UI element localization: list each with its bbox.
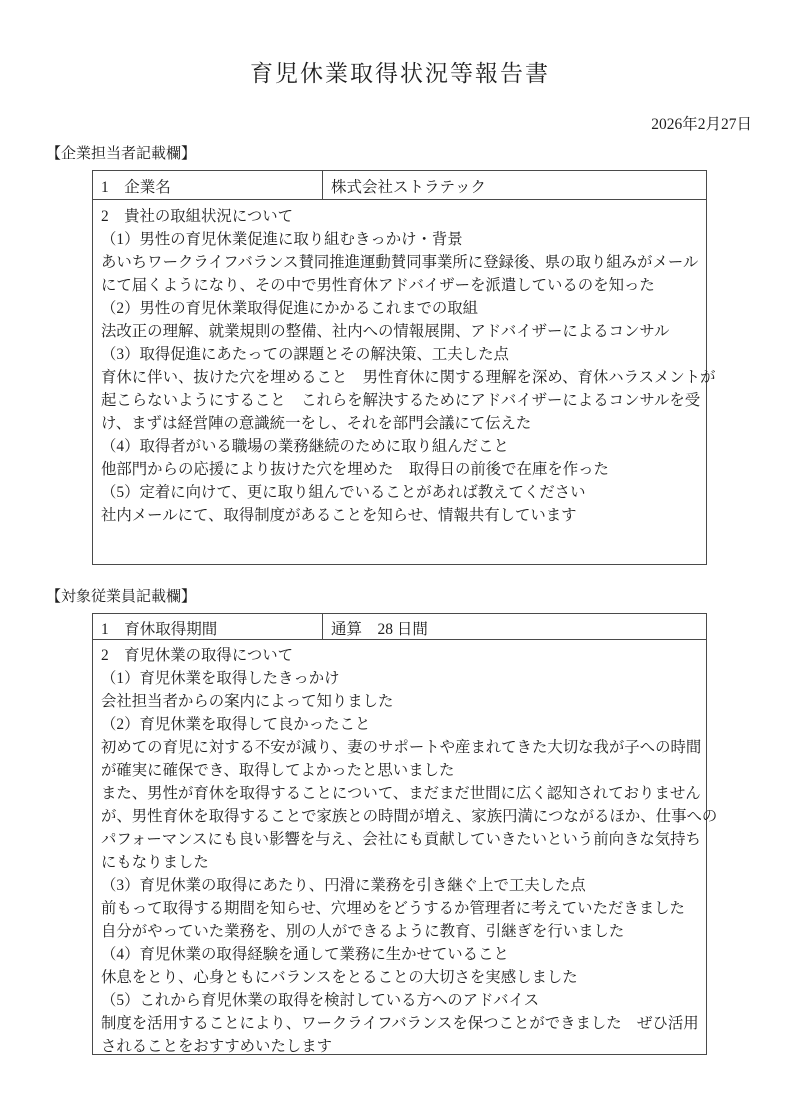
- text-line: （5）定着に向けて、更に取り組んでいることがあれば教えてください: [101, 481, 698, 504]
- report-page: 育児休業取得状況等報告書 2026年2月27日 【企業担当者記載欄】 1 企業名…: [0, 0, 800, 1113]
- text-line: 育休に伴い、抜けた穴を埋めること 男性育休に関する理解を深め、育休ハラスメントが: [101, 366, 698, 389]
- text-line: （5）これから育児休業の取得を検討している方へのアドバイス: [101, 989, 698, 1012]
- company-name-value: 株式会社ストラテック: [323, 171, 706, 199]
- leave-period-row: 1 育休取得期間 通算 28 日間: [93, 614, 706, 640]
- text-line: （4）取得者がいる職場の業務継続のために取り組んだこと: [101, 435, 698, 458]
- text-line: 法改正の理解、就業規則の整備、社内への情報展開、アドバイザーによるコンサル: [101, 320, 698, 343]
- leave-period-field-label: 1 育休取得期間: [93, 614, 323, 639]
- text-line: が確実に確保でき、取得してよかったと思いました: [101, 759, 698, 782]
- text-line: 2 育児休業の取得について: [101, 644, 698, 667]
- text-line: 2 貴社の取組状況について: [101, 205, 698, 228]
- text-line: また、男性が育休を取得することについて、まだまだ世間に広く認知されておりません: [101, 782, 698, 805]
- leave-period-value: 通算 28 日間: [323, 614, 706, 639]
- text-line: （1）育児休業を取得したきっかけ: [101, 667, 698, 690]
- text-line: （2）男性の育児休業取得促進にかかるこれまでの取組: [101, 297, 698, 320]
- text-line: （3）育児休業の取得にあたり、円滑に業務を引き継ぐ上で工夫した点: [101, 874, 698, 897]
- company-section-table: 1 企業名 株式会社ストラテック 2 貴社の取組状況について（1）男性の育児休業…: [92, 170, 707, 565]
- company-name-row: 1 企業名 株式会社ストラテック: [93, 171, 706, 200]
- employee-section-label: 【対象従業員記載欄】: [46, 585, 196, 606]
- text-line: 休息をとり、心身ともにバランスをとることの大切さを実感しました: [101, 966, 698, 989]
- company-initiatives-cell: 2 貴社の取組状況について（1）男性の育児休業促進に取り組むきっかけ・背景あいち…: [93, 200, 706, 527]
- text-line: パフォーマンスにも良い影響を与え、会社にも貢献していきたいという前向きな気持ち: [101, 828, 698, 851]
- text-line: （1）男性の育児休業促進に取り組むきっかけ・背景: [101, 228, 698, 251]
- text-line: （3）取得促進にあたっての課題とその解決策、工夫した点: [101, 343, 698, 366]
- report-date: 2026年2月27日: [651, 112, 752, 134]
- text-line: が、男性育休を取得することで家族との時間が増え、家族円満につながるほか、仕事への: [101, 805, 698, 828]
- text-line: 社内メールにて、取得制度があることを知らせ、情報共有しています: [101, 504, 698, 527]
- text-line: 初めての育児に対する不安が減り、妻のサポートや産まれてきた大切な我が子への時間: [101, 736, 698, 759]
- text-line: にて届くようになり、その中で男性育休アドバイザーを派遣しているのを知った: [101, 274, 698, 297]
- company-name-field-label: 1 企業名: [93, 171, 323, 199]
- employee-section-table: 1 育休取得期間 通算 28 日間 2 育児休業の取得について（1）育児休業を取…: [92, 613, 707, 1055]
- text-line: にもなりました: [101, 851, 698, 874]
- text-line: 自分がやっていた業務を、別の人ができるように教育、引継ぎを行いました: [101, 920, 698, 943]
- text-line: 会社担当者からの案内によって知りました: [101, 690, 698, 713]
- text-line: 制度を活用することにより、ワークライフバランスを保つことができました ぜひ活用: [101, 1012, 698, 1035]
- text-line: （4）育児休業の取得経験を通して業務に生かせていること: [101, 943, 698, 966]
- page-title: 育児休業取得状況等報告書: [0, 55, 800, 88]
- employee-experience-cell: 2 育児休業の取得について（1）育児休業を取得したきっかけ会社担当者からの案内に…: [93, 640, 706, 1058]
- company-section-label: 【企業担当者記載欄】: [46, 142, 196, 163]
- text-line: け、まずは経営陣の意識統一をし、それを部門会議にて伝えた: [101, 412, 698, 435]
- text-line: されることをおすすめいたします: [101, 1035, 698, 1058]
- text-line: あいちワークライフバランス賛同推進運動賛同事業所に登録後、県の取り組みがメール: [101, 251, 698, 274]
- text-line: 起こらないようにすること これらを解決するためにアドバイザーによるコンサルを受: [101, 389, 698, 412]
- text-line: 前もって取得する期間を知らせ、穴埋めをどうするか管理者に考えていただきました: [101, 897, 698, 920]
- text-line: （2）育児休業を取得して良かったこと: [101, 713, 698, 736]
- text-line: 他部門からの応援により抜けた穴を埋めた 取得日の前後で在庫を作った: [101, 458, 698, 481]
